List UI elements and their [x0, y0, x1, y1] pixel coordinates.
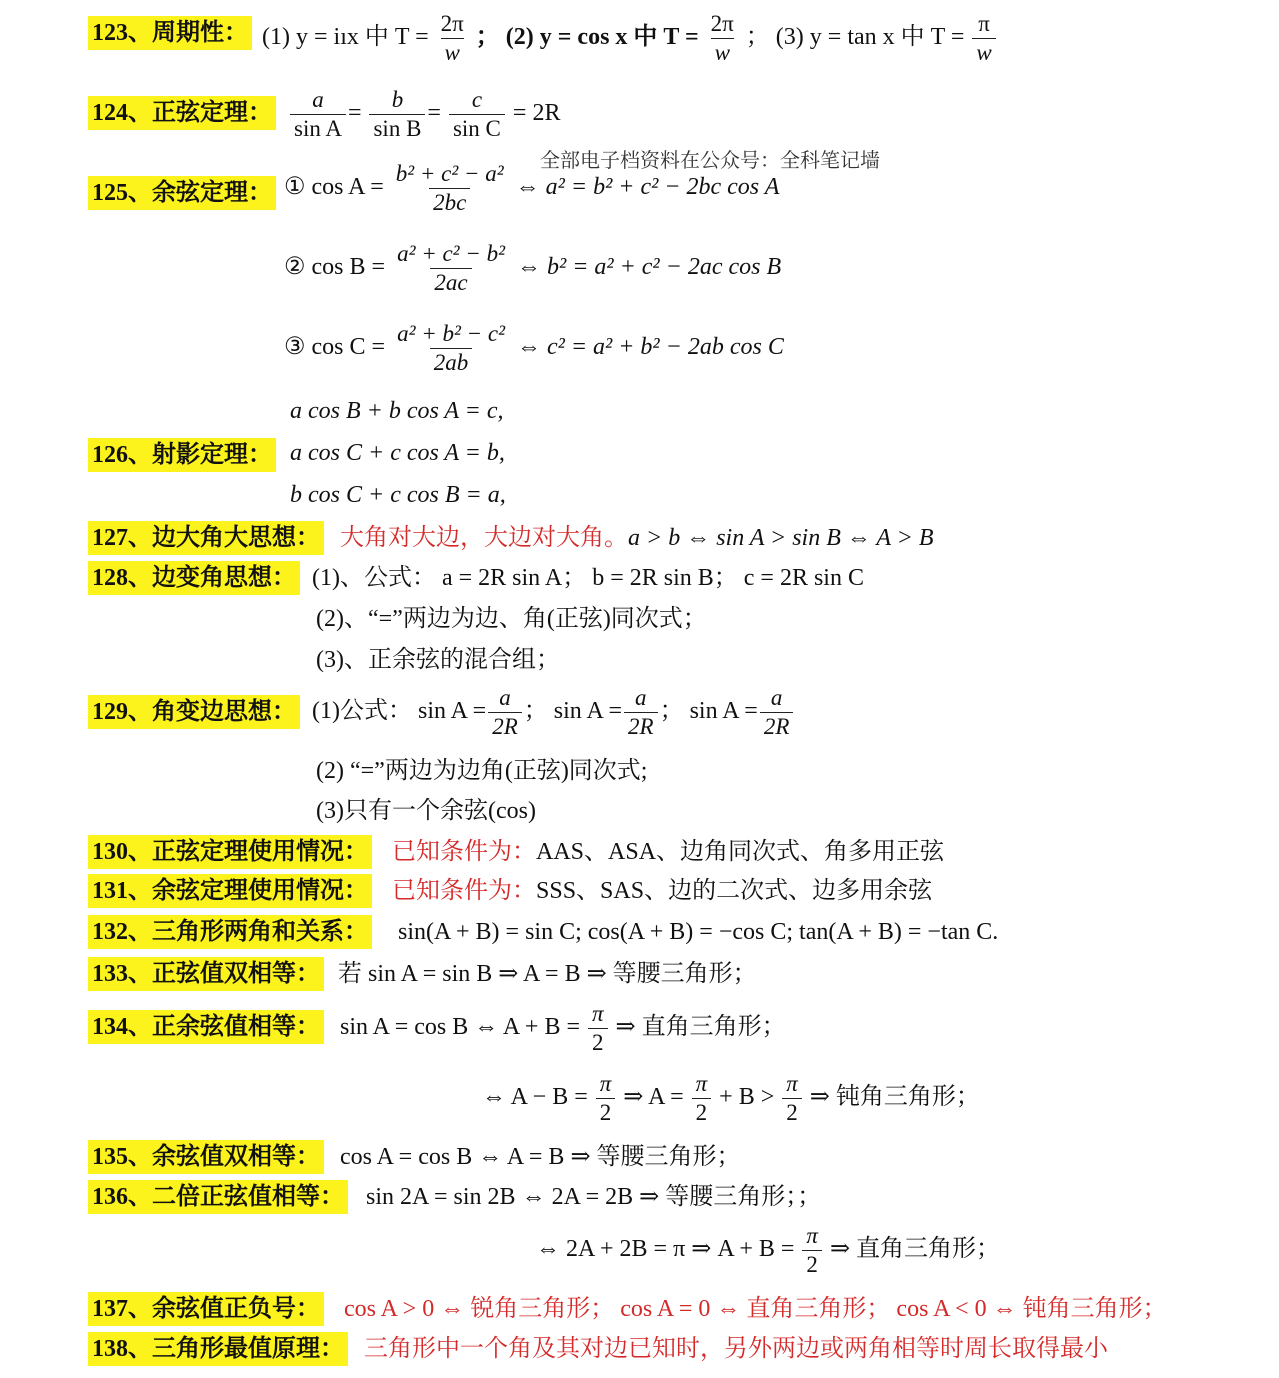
item-131-content: 已知条件为：SSS、SAS、边的二次式、边多用余弦	[392, 876, 932, 906]
item-129-line-1: (1)公式： sin A =a2R； sin A =a2R； sin A =a2…	[312, 684, 795, 741]
separator: ；	[476, 24, 500, 50]
cosine-law-line-2: ② cos B = a² + c² − b²2ac ⇔ b² = a² + c²…	[284, 240, 781, 297]
item-128-line-1: (1)、公式： a = 2R sin A； b = 2R sin B； c = …	[312, 563, 864, 593]
period-cos-fraction: 2πw	[707, 10, 738, 67]
item-127-red-text: 大角对大边，大边对大角。	[340, 525, 628, 551]
cosine-law-line-3: ③ cos C = a² + b² − c²2ab ⇔ c² = a² + b²…	[284, 320, 784, 377]
item-127-content: 大角对大边，大边对大角。a > b ⇔ sin A > sin B ⇔ A > …	[340, 523, 934, 553]
period-sin-mid: 中 T =	[359, 24, 435, 50]
item-124-label: 124、正弦定理：	[88, 96, 276, 130]
item-128-line-3: (3)、正余弦的混合组；	[316, 645, 560, 675]
sine-law-result: = 2R	[513, 100, 561, 126]
item-136-label: 136、二倍正弦值相等：	[88, 1180, 348, 1214]
item-128-label: 128、边变角思想：	[88, 561, 300, 595]
item-130-label: 130、正弦定理使用情况：	[88, 835, 372, 869]
sine-law-fraction-b: bsin B	[369, 86, 425, 143]
item-129-line-3: (3)只有一个余弦(cos)	[316, 796, 536, 826]
item-134-line-1: sin A = cos B ⇔ A + B = π2 ⇒ 直角三角形；	[340, 1000, 786, 1057]
item-123-label: 123、周期性：	[88, 16, 252, 50]
separator: ；	[746, 24, 770, 50]
item-134-label: 134、正余弦值相等：	[88, 1010, 324, 1044]
period-cos-prefix: (2) y = cos x 中 T =	[506, 24, 705, 50]
item-133-math: 若 sin A = sin B ⇒ A = B ⇒ 等腰三角形；	[338, 959, 757, 989]
period-tan-prefix: (3) y = tan x 中 T =	[776, 24, 971, 50]
period-sin-func: iıx	[334, 24, 359, 50]
item-137-content: cos A > 0 ⇔ 锐角三角形； cos A = 0 ⇔ 直角三角形； co…	[344, 1294, 1167, 1324]
item-134-line-2: ⇔ A − B = π2 ⇒ A = π2 + B > π2 ⇒ 钝角三角形；	[482, 1070, 980, 1127]
item-129-line-2: (2) “=”两边为边角(正弦)同次式;	[316, 756, 647, 786]
item-125-label: 125、余弦定理：	[88, 176, 276, 210]
item-123-content: (1) y = iıx 中 T = 2πw ； (2) y = cos x 中 …	[262, 10, 998, 67]
item-132-label: 132、三角形两角和关系：	[88, 915, 372, 949]
projection-line-2: a cos C + c cos A = b,	[290, 438, 505, 468]
sine-law-fraction-c: csin C	[449, 86, 505, 143]
projection-line-3: b cos C + c cos B = a,	[290, 480, 506, 510]
item-138-content: 三角形中一个角及其对边已知时，另外两边或两角相等时周长取得最小	[364, 1334, 1108, 1364]
period-tan-fraction: πw	[972, 10, 995, 67]
item-136-line-1: sin 2A = sin 2B ⇔ 2A = 2B ⇒ 等腰三角形；；	[366, 1182, 821, 1212]
item-124-content: asin A= bsin B= csin C = 2R	[288, 86, 560, 143]
item-127-label: 127、边大角大思想：	[88, 521, 324, 555]
item-129-label: 129、角变边思想：	[88, 695, 300, 729]
item-136-line-2: ⇔ 2A + 2B = π ⇒ A + B = π2 ⇒ 直角三角形；	[536, 1222, 1000, 1279]
item-130-content: 已知条件为：AAS、ASA、边角同次式、角多用正弦	[392, 837, 944, 867]
item-127-math: a > b ⇔ sin A > sin B ⇔ A > B	[628, 525, 934, 551]
sine-law-fraction-a: asin A	[290, 86, 346, 143]
item-135-math: cos A = cos B ⇔ A = B ⇒ 等腰三角形；	[340, 1142, 741, 1172]
item-128-line-2: (2)、“=”两边为边、角(正弦)同次式；	[316, 604, 707, 634]
period-sin-fraction: 2πw	[437, 10, 468, 67]
projection-line-1: a cos B + b cos A = c,	[290, 396, 503, 426]
period-sin-prefix: (1) y =	[262, 24, 334, 50]
item-126-label: 126、射影定理：	[88, 438, 276, 472]
item-132-math: sin(A + B) = sin C; cos(A + B) = −cos C;…	[398, 917, 998, 947]
item-131-label: 131、余弦定理使用情况：	[88, 874, 372, 908]
item-135-label: 135、余弦值双相等：	[88, 1140, 324, 1174]
item-137-label: 137、余弦值正负号：	[88, 1292, 324, 1326]
cosine-law-line-1: ① cos A = b² + c² − a²2bc ⇔ a² = b² + c²…	[284, 160, 779, 217]
item-133-label: 133、正弦值双相等：	[88, 957, 324, 991]
item-138-label: 138、三角形最值原理：	[88, 1332, 348, 1366]
